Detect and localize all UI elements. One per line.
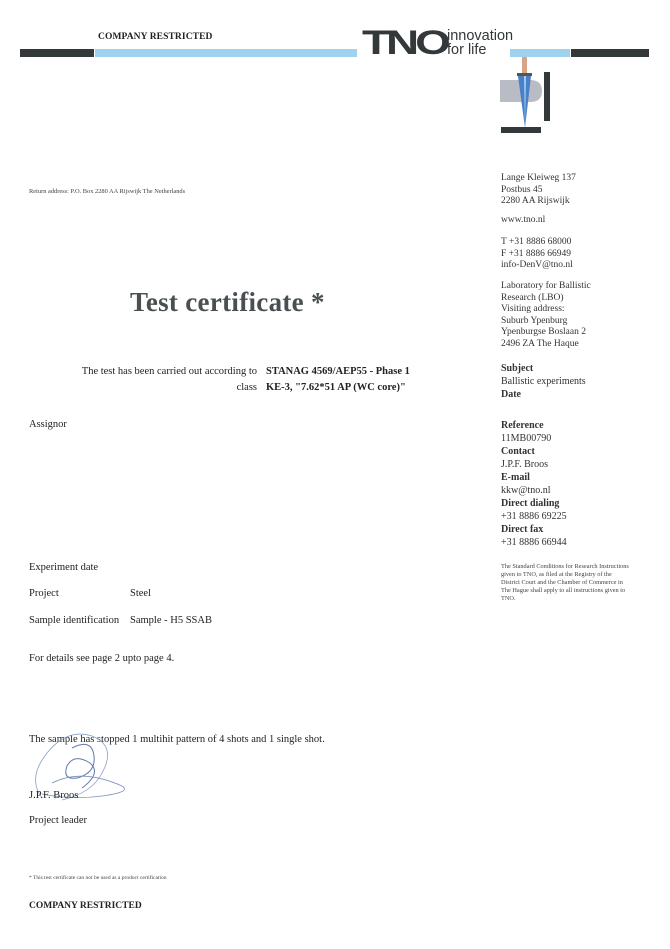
contact-numbers: T +31 8886 68000 F +31 8886 66949 info-D… bbox=[501, 237, 573, 272]
details-note: For details see page 2 upto page 4. bbox=[29, 653, 174, 664]
email-link[interactable]: info-DenV@tno.nl bbox=[501, 260, 573, 272]
lab-address: Laboratory for Ballistic Research (LBO) … bbox=[501, 281, 591, 350]
tagline-line1: innovation bbox=[447, 29, 513, 43]
email-label: E-mail bbox=[501, 471, 586, 484]
subject-value: Ballistic experiments bbox=[501, 375, 586, 388]
tno-logo: TNO bbox=[362, 28, 447, 58]
address-line: 2280 AA Rijswijk bbox=[501, 196, 576, 208]
standard-labels: The test has been carried out according … bbox=[82, 364, 257, 396]
header-bar-dark-right bbox=[571, 49, 649, 57]
sender-address: Lange Kleiweg 137 Postbus 45 2280 AA Rij… bbox=[501, 173, 576, 208]
project-value: Steel bbox=[130, 588, 151, 599]
lab-line: Visiting address: bbox=[501, 304, 591, 316]
experiment-date-label: Experiment date bbox=[29, 562, 98, 573]
email-value[interactable]: kkw@tno.nl bbox=[501, 484, 586, 497]
standard-value: STANAG 4569/AEP55 - Phase 1 bbox=[266, 364, 410, 380]
subject-label: Subject bbox=[501, 362, 586, 375]
signatory-name: J.P.F. Broos bbox=[29, 790, 78, 801]
assignor-label: Assignor bbox=[29, 419, 67, 430]
direct-dialing-label: Direct dialing bbox=[501, 497, 586, 510]
fax-line: F +31 8886 66949 bbox=[501, 249, 573, 261]
class-value: KE-3, "7.62*51 AP (WC core)" bbox=[266, 380, 410, 396]
lab-line: 2496 ZA The Haque bbox=[501, 339, 591, 351]
address-line: Postbus 45 bbox=[501, 185, 576, 197]
direct-fax-value: +31 8886 66944 bbox=[501, 536, 586, 549]
signatory-role: Project leader bbox=[29, 815, 87, 826]
footnote: * This test certificate can not be used … bbox=[29, 875, 167, 881]
lab-line: Laboratory for Ballistic bbox=[501, 281, 591, 293]
meta-fields: Subject Ballistic experiments Date Refer… bbox=[501, 362, 586, 549]
date-value bbox=[501, 401, 586, 419]
header-bar-light-left bbox=[95, 49, 357, 57]
website-link[interactable]: www.tno.nl bbox=[501, 215, 545, 227]
lab-line: Research (LBO) bbox=[501, 293, 591, 305]
ballistic-projectile-icon bbox=[490, 55, 570, 135]
project-label: Project bbox=[29, 588, 59, 599]
direct-fax-label: Direct fax bbox=[501, 523, 586, 536]
date-label: Date bbox=[501, 388, 586, 401]
reference-value: 11MB00790 bbox=[501, 432, 586, 445]
standard-conditions: The Standard Conditions for Research Ins… bbox=[501, 563, 631, 603]
restriction-label-top: COMPANY RESTRICTED bbox=[98, 32, 213, 42]
standard-label: The test has been carried out according … bbox=[82, 364, 257, 380]
return-address: Return address: P.O. Box 2280 AA Rijswij… bbox=[29, 188, 185, 195]
tagline: innovation for life bbox=[447, 29, 513, 57]
header-bar-dark-left bbox=[20, 49, 94, 57]
lab-line: Suburb Ypenburg bbox=[501, 316, 591, 328]
contact-label: Contact bbox=[501, 445, 586, 458]
class-label: class bbox=[82, 380, 257, 396]
page-title: Test certificate * bbox=[130, 287, 325, 318]
sample-identification-value: Sample - H5 SSAB bbox=[130, 615, 212, 626]
restriction-label-bottom: COMPANY RESTRICTED bbox=[29, 901, 142, 911]
direct-dialing-value: +31 8886 69225 bbox=[501, 510, 586, 523]
standard-values: STANAG 4569/AEP55 - Phase 1 KE-3, "7.62*… bbox=[266, 364, 410, 396]
address-line: Lange Kleiweg 137 bbox=[501, 173, 576, 185]
contact-value: J.P.F. Broos bbox=[501, 458, 586, 471]
lab-line: Ypenburgse Boslaan 2 bbox=[501, 327, 591, 339]
phone-line: T +31 8886 68000 bbox=[501, 237, 573, 249]
sample-identification-label: Sample identification bbox=[29, 615, 119, 626]
reference-label: Reference bbox=[501, 419, 586, 432]
